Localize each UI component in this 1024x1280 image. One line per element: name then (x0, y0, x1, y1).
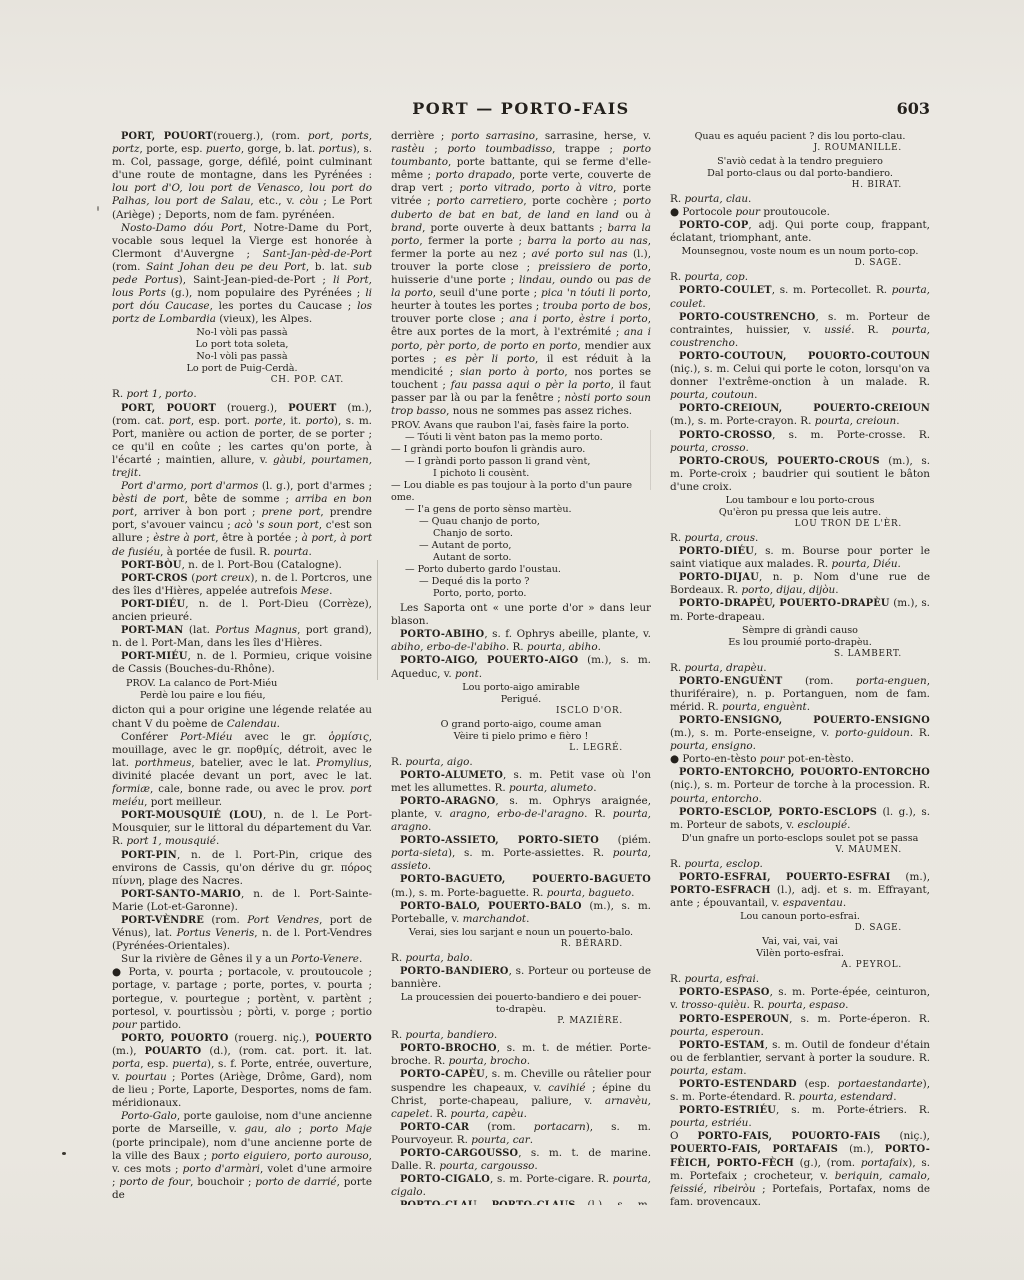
paragraph: ● Porta, v. pourta ; portacole, v. prout… (112, 966, 372, 1031)
paragraph: Conférer Port-Miéu avec le gr. ὁρμίσις, … (112, 731, 372, 810)
scan-mark (377, 560, 378, 680)
column-2: derrière ; porto sarrasino, sarrasine, h… (391, 130, 651, 1205)
dictionary-page-scan: PORT — PORTO-FAIS 603 PORT, POUORT(rouer… (0, 0, 1024, 1280)
paragraph: R. pourta, cop. (670, 271, 930, 284)
quote-attribution: L. LEGRÉ. (391, 743, 651, 754)
paragraph: R. pourta, drapèu. (670, 662, 930, 675)
dictionary-entry: PORT-SANTO-MARIO, n. de l. Port-Sainte-M… (112, 888, 372, 914)
verse-quote: D'un gnafre un porto-esclops soulet pot … (670, 833, 930, 845)
paragraph: ● Porto-en-tèsto pour pot-en-tèsto. (670, 753, 930, 766)
dictionary-entry: PORTO-ABIHO, s. f. Ophrys abeille, plant… (391, 628, 651, 654)
scan-mark (650, 430, 651, 490)
dictionary-entry: PORTO-ALUMETO, s. m. Petit vase où l'on … (391, 769, 651, 795)
dictionary-entry: PORTO-ESFRAI, POUERTO-ESFRAI (m.), PORTO… (670, 871, 930, 910)
dictionary-entry: PORTO-BALO, POUERTO-BALO (m.), s. m. Por… (391, 900, 651, 926)
verse-quote: Verai, sies lou sarjant e noun un pouert… (391, 927, 651, 939)
paragraph: R. pourta, aigo. (391, 756, 651, 769)
dictionary-entry: PORTO-COUTOUN, POUORTO-COUTOUN (niç.), s… (670, 350, 930, 402)
quote-attribution: J. ROUMANILLE. (670, 143, 930, 154)
dictionary-entry: PORTO-ENSIGNO, POUERTO-ENSIGNO (m.), s. … (670, 714, 930, 753)
quote-attribution: A. PEYROL. (670, 960, 930, 971)
dictionary-entry: PORT, POUORT (rouerg.), POUERT (m.), (ro… (112, 402, 372, 481)
dictionary-entry: PORTO-CAR (rom. portacarn), s. m. Pourvo… (391, 1121, 651, 1147)
paragraph: O PORTO-FAIS, POUORTO-FAIS (niç.), POUER… (670, 1130, 930, 1205)
dictionary-entry: PORTO-COP, adj. Qui porte coup, frappant… (670, 219, 930, 245)
dictionary-entry: PORTO-CROUS, POUERTO-CROUS (m.), s. m. P… (670, 455, 930, 494)
verse-quote: La proucessien dei pouerto-bandiero e de… (391, 992, 651, 1016)
dictionary-entry: PORTO-CROSSO, s. m. Porte-crosse. R. pou… (670, 429, 930, 455)
dictionary-entry: PORTO-CAPÈU, s. m. Cheville ou râtelier … (391, 1068, 651, 1120)
quote-attribution: S. LAMBERT. (670, 649, 930, 660)
verse-quote: No-l vòli pas passàLo port tota soleta,N… (112, 327, 372, 375)
dictionary-entry: PORTO-CARGOUSSO, s. m. t. de marine. Dal… (391, 1147, 651, 1173)
paragraph: Porto-Galo, porte gauloise, nom d'une an… (112, 1110, 372, 1202)
dictionary-entry: PORTO-CREIOUN, POUERTO-CREIOUN (m.), s. … (670, 402, 930, 428)
dictionary-entry: PORTO-ESPEROUN, s. m. Porte-éperon. R. p… (670, 1013, 930, 1039)
dictionary-entry: PORTO-ESCLOP, PORTO-ESCLOPS (l. g.), s. … (670, 806, 930, 832)
verse-quote: S'aviò cedat à la tendro preguieroDal po… (670, 156, 930, 180)
paragraph: R. port 1, porto. (112, 388, 372, 401)
paragraph: R. pourta, clau. (670, 193, 930, 206)
paragraph: derrière ; porto sarrasino, sarrasine, h… (391, 130, 651, 418)
paragraph: R. pourta, crous. (670, 532, 930, 545)
quote-attribution: D. SAGE. (670, 258, 930, 269)
dictionary-entry: PORTO-BANDIERO, s. Porteur ou porteuse d… (391, 965, 651, 991)
paragraph: R. pourta, bandiero. (391, 1029, 651, 1042)
verse-quote: Lou tambour e lou porto-crousQu'èron pu … (670, 495, 930, 519)
paragraph: dicton qui a pour origine une légende re… (112, 704, 372, 730)
dictionary-entry: PORT-MOUSQUIÉ (LOU), n. de l. Le Port-Mo… (112, 809, 372, 848)
verse-quote: Lou canoun porto-esfrai. (670, 911, 930, 923)
paragraph: ● Portocole pour proutoucole. (670, 206, 930, 219)
dictionary-entry: PORTO-BROCHO, s. m. t. de métier. Porte-… (391, 1042, 651, 1068)
dictionary-entry: PORTO-ESTAM, s. m. Outil de fondeur d'ét… (670, 1039, 930, 1078)
column-1: PORT, POUORT(rouerg.), (rom. port, ports… (112, 130, 372, 1205)
proverb-block: PROV. La calanco de Port-MiéuPerdè lou p… (112, 678, 372, 702)
dictionary-entry: PORT, POUORT(rouerg.), (rom. port, ports… (112, 130, 372, 222)
quote-attribution: D. SAGE. (670, 923, 930, 934)
dictionary-entry: PORTO-ESTENDARD (esp. portaestandarte), … (670, 1078, 930, 1104)
dictionary-entry: PORTO-DIJAU, n. p. Nom d'une rue de Bord… (670, 571, 930, 597)
paragraph: R. pourta, esclop. (670, 858, 930, 871)
dictionary-entry: PORT-MAN (lat. Portus Magnus, port grand… (112, 624, 372, 650)
running-header: PORT — PORTO-FAIS 603 (112, 99, 930, 121)
dictionary-entry: PORTO-COUSTRENCHO, s. m. Porteur de cont… (670, 311, 930, 350)
dictionary-entry: PORTO-ESPASO, s. m. Porte-épée, ceinturo… (670, 986, 930, 1012)
dictionary-entry: PORTO-COULET, s. m. Portecollet. R. pour… (670, 284, 930, 310)
text-block: PORT, POUORT(rouerg.), (rom. port, ports… (112, 130, 930, 1205)
quote-attribution: H. BIRAT. (670, 180, 930, 191)
dictionary-entry: PORTO-ENTORCHO, POUORTO-ENTORCHO (niç.),… (670, 766, 930, 805)
dictionary-entry: PORTO-ASSIETO, PORTO-SIETO (piém. porta-… (391, 834, 651, 873)
dictionary-entry: PORT-CROS (port creux), n. de l. Portcro… (112, 572, 372, 598)
dictionary-entry: PORT-PIN, n. de l. Port-Pin, crique des … (112, 849, 372, 888)
quote-attribution: LOU TRON DE L'ÈR. (670, 519, 930, 530)
paragraph: R. pourta, esfrai. (670, 973, 930, 986)
dictionary-entry: PORTO-ESTRIÉU, s. m. Porte-étriers. R. p… (670, 1104, 930, 1130)
verse-quote: O grand porto-aigo, coume amanVèire ti p… (391, 719, 651, 743)
scan-speck (97, 206, 99, 211)
dictionary-entry: PORT-MIÉU, n. de l. Pormieu, crique vois… (112, 650, 372, 676)
scan-speck (62, 1152, 66, 1155)
verse-quote: Quau es aquéu pacient ? dis lou porto-cl… (670, 131, 930, 143)
dictionary-entry: PORTO-DRAPÈU, POUERTO-DRAPÈU (m.), s. m.… (670, 597, 930, 623)
column-3: Quau es aquéu pacient ? dis lou porto-cl… (670, 130, 930, 1205)
dictionary-entry: PORTO-ENGUÈNT (rom. porta-enguen, thurif… (670, 675, 930, 714)
proverb-block: PROV. Avans que raubon l'ai, fasès faire… (391, 420, 651, 600)
paragraph: Port d'armo, port d'armos (l. g.), port … (112, 480, 372, 559)
quote-attribution: R. BÉRARD. (391, 939, 651, 950)
dictionary-entry: PORTO, POUORTO (rouerg. niç.), POUERTO (… (112, 1032, 372, 1111)
dictionary-entry: PORT-DIÉU, n. de l. Port-Dieu (Corrèze),… (112, 598, 372, 624)
dictionary-entry: PORTO-CLAU, PORTO-CLAUS (l.), s. m. Port… (391, 1199, 651, 1205)
dictionary-entry: PORTO-BAGUETO, POUERTO-BAGUETO (m.), s. … (391, 873, 651, 899)
verse-quote: Lou porto-aigo amirablePerigué. (391, 682, 651, 706)
verse-quote: Mounsegnou, voste noum es un noum porto-… (670, 246, 930, 258)
dictionary-entry: PORTO-AIGO, POUERTO-AIGO (m.), s. m. Aqu… (391, 654, 651, 680)
dictionary-entry: PORTO-ARAGNO, s. m. Ophrys araignée, pla… (391, 795, 651, 834)
dictionary-entry: PORTO-DIÉU, s. m. Bourse pour porter le … (670, 545, 930, 571)
dictionary-entry: PORT-BÒU, n. de l. Port-Bou (Catalogne). (112, 559, 372, 572)
paragraph: R. pourta, balo. (391, 952, 651, 965)
quote-attribution: V. MAUMEN. (670, 845, 930, 856)
dictionary-entry: PORT-VÈNDRE (rom. Port Vendres, port de … (112, 914, 372, 953)
quote-attribution: ISCLO D'OR. (391, 706, 651, 717)
verse-quote: Vai, vai, vai, vaiVilèn porto-esfrai. (670, 936, 930, 960)
verse-quote: Sèmpre di gràndi causoEs lou proumié por… (670, 625, 930, 649)
page-title: PORT — PORTO-FAIS (112, 99, 930, 118)
page-number: 603 (897, 99, 930, 118)
paragraph: Nosto-Damo dóu Port, Notre-Dame du Port,… (112, 222, 372, 327)
dictionary-entry: PORTO-CIGALO, s. m. Porte-cigare. R. pou… (391, 1173, 651, 1199)
quote-attribution: P. MAZIÈRE. (391, 1016, 651, 1027)
paragraph: Les Saporta ont « une porte d'or » dans … (391, 602, 651, 628)
paragraph: Sur la rivière de Gênes il y a un Porto-… (112, 953, 372, 966)
quote-attribution: CH. POP. CAT. (112, 375, 372, 386)
